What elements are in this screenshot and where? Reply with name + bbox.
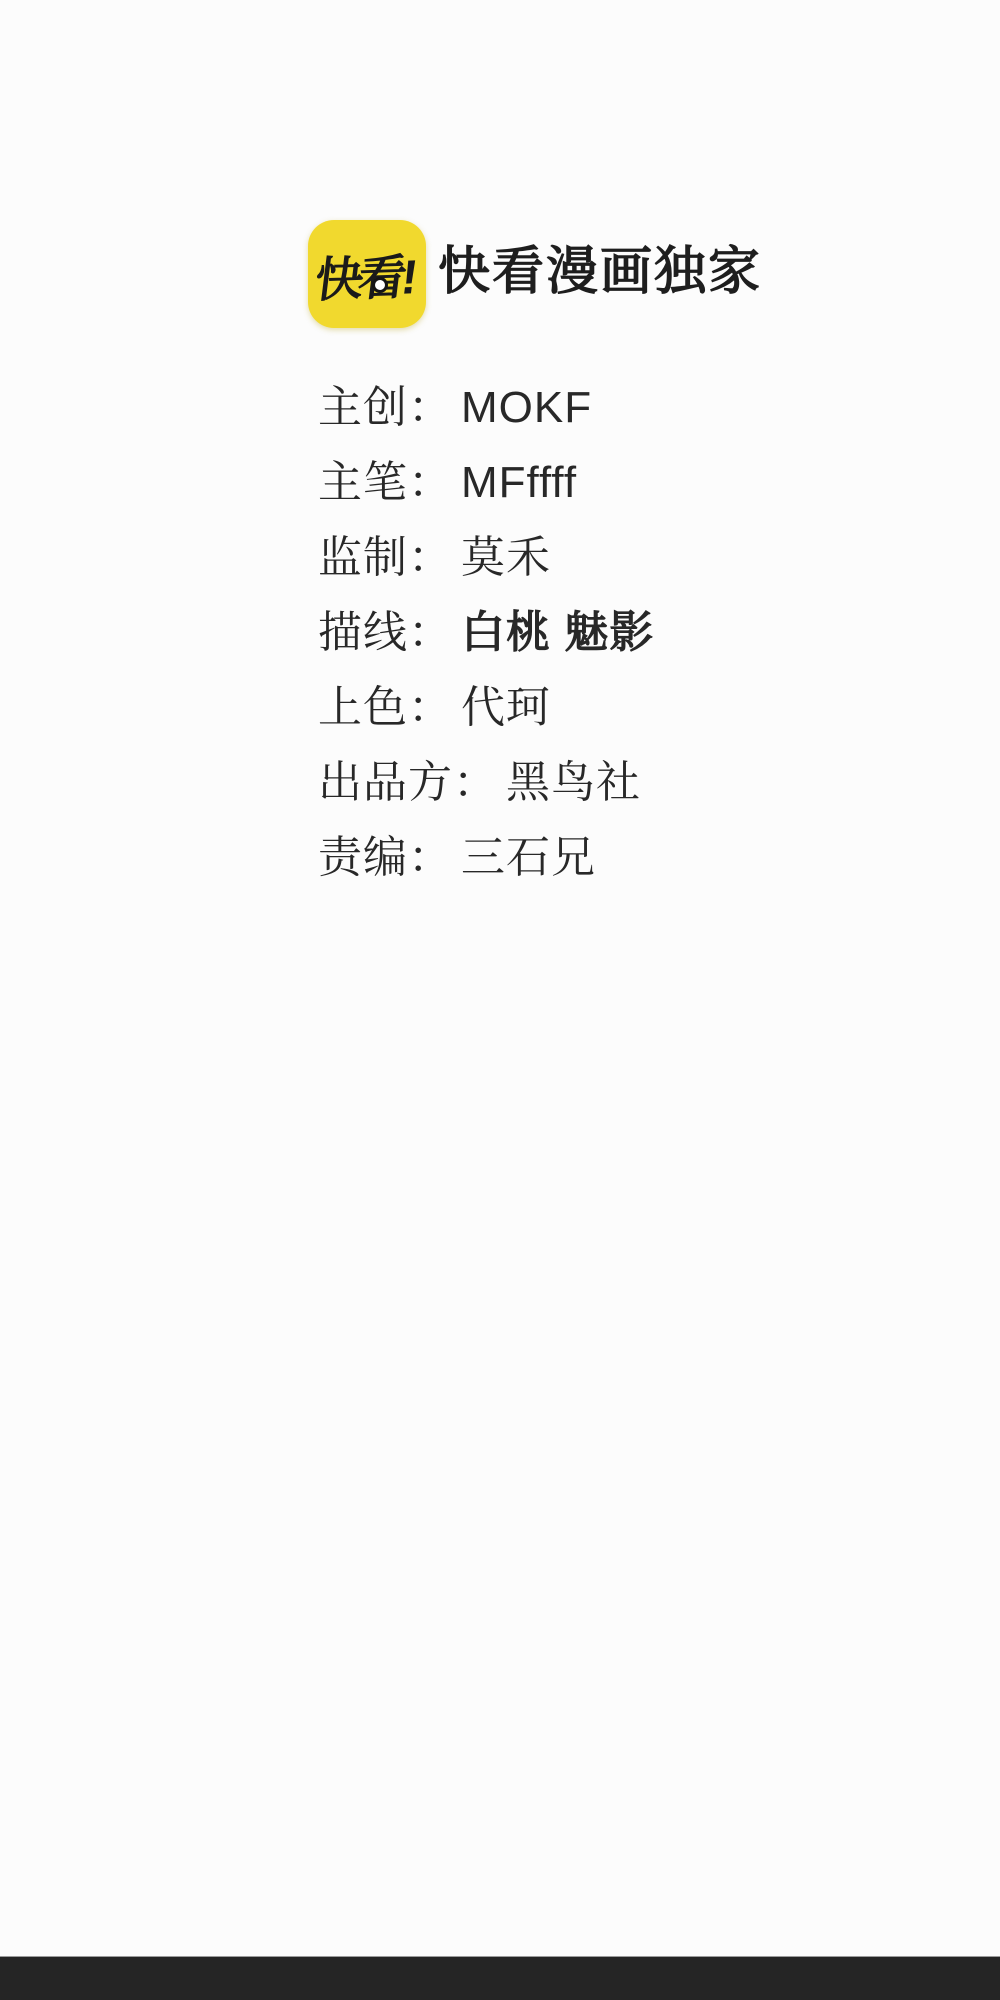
credit-label: 描线：: [318, 608, 453, 657]
credit-label: 主创：: [318, 383, 453, 432]
comic-credits-page: 快看! 快看漫画独家 主创：MOKF主笔：MFffff监制：莫禾描线：白桃 魅影…: [0, 0, 1000, 2000]
credit-label: 上色：: [318, 683, 453, 732]
credit-value: 三石兄: [461, 833, 596, 882]
credit-value: 黑鸟社: [506, 758, 641, 807]
credit-line: 监制：莫禾: [318, 520, 654, 595]
credit-value: MOKF: [461, 383, 592, 432]
credit-label: 出品方：: [318, 758, 498, 807]
kuaikan-logo-icon: 快看!: [308, 220, 426, 328]
credit-label: 监制：: [318, 533, 453, 582]
credit-value: 莫禾: [461, 533, 551, 582]
camera-lens-icon: [372, 277, 388, 293]
credit-value: 代珂: [461, 683, 551, 732]
credit-line: 主笔：MFffff: [318, 445, 654, 520]
credit-line: 主创：MOKF: [318, 370, 654, 445]
credit-line: 上色：代珂: [318, 670, 654, 745]
kuaikan-logo-text: 快看!: [311, 238, 422, 311]
credit-label: 主笔：: [318, 458, 453, 507]
credits-list: 主创：MOKF主笔：MFffff监制：莫禾描线：白桃 魅影上色：代珂出品方：黑鸟…: [318, 370, 654, 895]
credit-line: 责编：三石兄: [318, 820, 654, 895]
credit-value: MFffff: [461, 458, 577, 507]
credit-value: 白桃 魅影: [461, 608, 654, 657]
page-title: 快看漫画独家: [438, 244, 762, 300]
credit-line: 出品方：黑鸟社: [318, 745, 654, 820]
credit-line: 描线：白桃 魅影: [318, 595, 654, 670]
credit-label: 责编：: [318, 833, 453, 882]
next-panel-strip: [0, 1956, 1000, 2000]
